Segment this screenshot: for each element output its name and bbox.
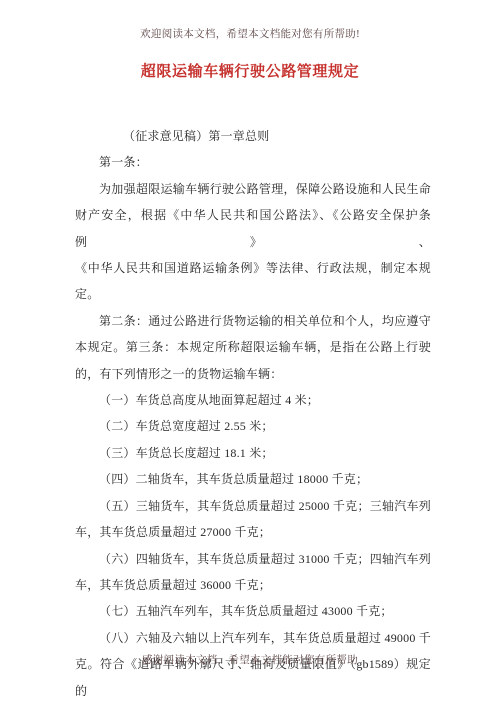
body-line: 定。 bbox=[75, 281, 431, 307]
body-line: 车，其车货总质量超过 27000 千克； bbox=[75, 519, 431, 545]
body-line: （五）三轴货车，其车货总质量超过 25000 千克；三轴汽车列 bbox=[75, 493, 431, 519]
body-line: 《中华人民共和国道路运输条例》等法律、行政法规，制定本规 bbox=[75, 255, 431, 281]
document-body: （征求意见稿）第一章总则第一条：为加强超限运输车辆行驶公路管理，保障公路设施和人… bbox=[75, 123, 431, 704]
body-line: （六）四轴货车，其车货总质量超过 31000 千克；四轴汽车列 bbox=[75, 546, 431, 572]
document-page: 欢迎阅读本文档，希望本文档能对您有所帮助! 超限运输车辆行驶公路管理规定 （征求… bbox=[0, 0, 500, 707]
footer-note: 感谢阅读本文档，希望本文档能对您有所帮助 bbox=[0, 654, 500, 668]
page-title: 超限运输车辆行驶公路管理规定 bbox=[0, 60, 500, 81]
body-line: 第一条： bbox=[75, 149, 431, 175]
body-line: 为加强超限运输车辆行驶公路管理，保障公路设施和人民生命 bbox=[75, 176, 431, 202]
body-line: 本规定。第三条：本规定所称超限运输车辆，是指在公路上行驶 bbox=[75, 334, 431, 360]
body-line: （七）五轴汽车列车，其车货总质量超过 43000 千克； bbox=[75, 598, 431, 624]
body-line: （三）车货总长度超过 18.1 米； bbox=[75, 440, 431, 466]
body-line: （四）二轴货车，其车货总质量超过 18000 千克； bbox=[75, 466, 431, 492]
body-line: 第二条：通过公路进行货物运输的相关单位和个人，均应遵守 bbox=[75, 308, 431, 334]
body-line: （八）六轴及六轴以上汽车列车，其车货总质量超过 49000 千 bbox=[75, 625, 431, 651]
body-line: （征求意见稿）第一章总则 bbox=[75, 123, 431, 149]
body-line: （二）车货总宽度超过 2.55 米； bbox=[75, 413, 431, 439]
body-line: 的，有下列情形之一的货物运输车辆： bbox=[75, 361, 431, 387]
body-line: （一）车货总高度从地面算起超过 4 米； bbox=[75, 387, 431, 413]
body-line: 车，其车货总质量超过 36000 千克； bbox=[75, 572, 431, 598]
header-note: 欢迎阅读本文档，希望本文档能对您有所帮助! bbox=[0, 28, 500, 42]
body-line: 财产安全，根据《中华人民共和国公路法》、《公路安全保护条例》、 bbox=[75, 202, 431, 255]
